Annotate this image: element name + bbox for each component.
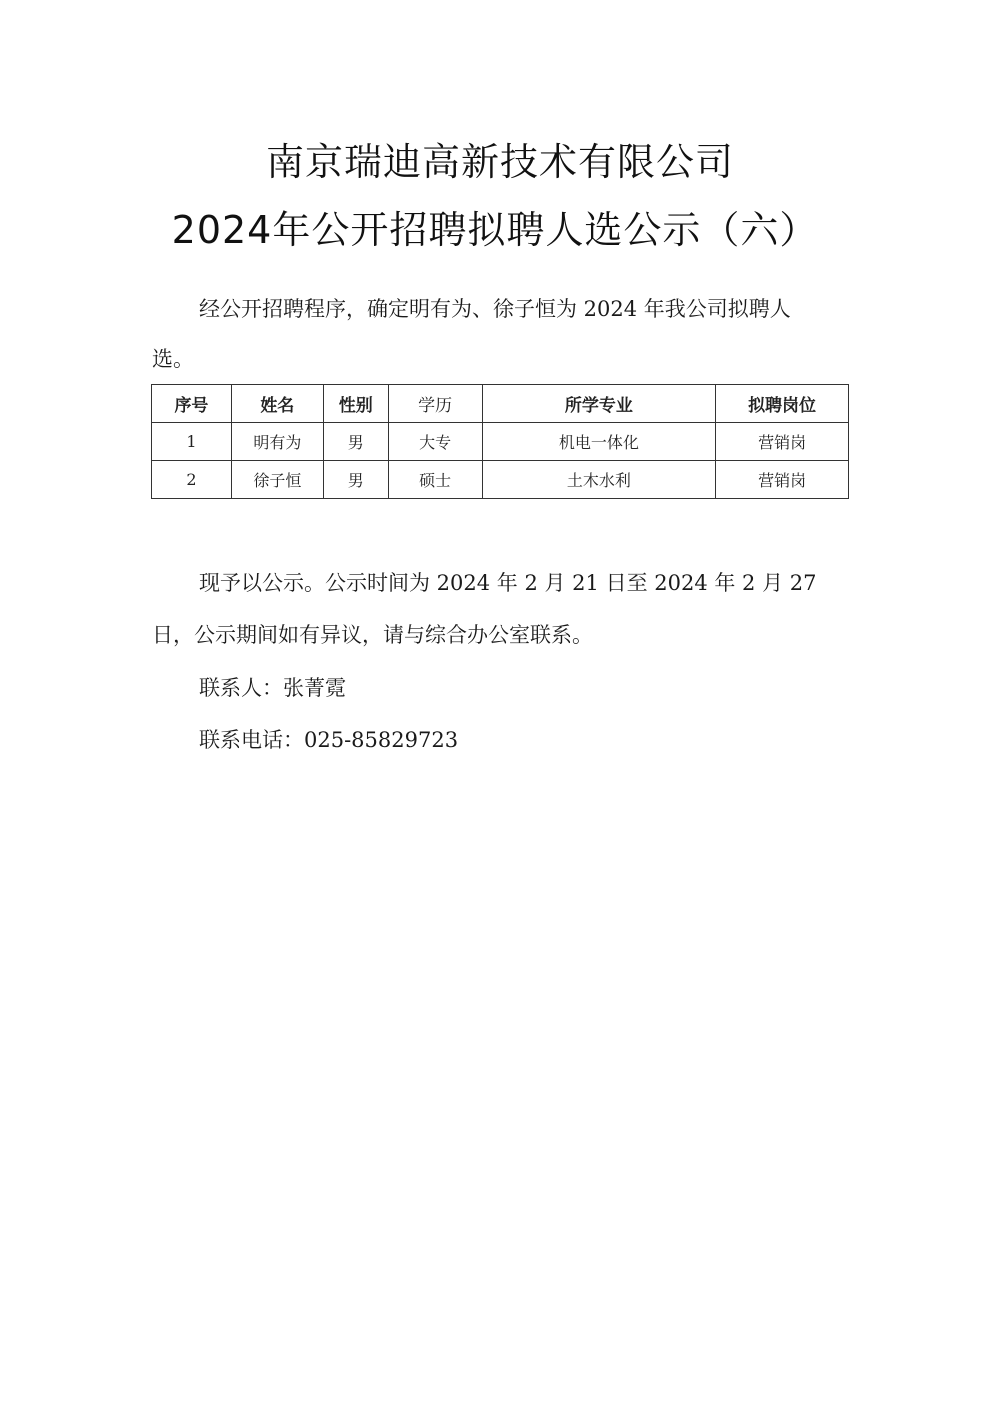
contact-phone: 联系电话：025-85829723 bbox=[199, 727, 899, 753]
table-row: 1 明有为 男 大专 机电一体化 营销岗 bbox=[152, 423, 849, 461]
header-gender: 性别 bbox=[323, 385, 388, 423]
contact-person: 联系人：张菁霓 bbox=[199, 675, 899, 701]
cell-gender: 男 bbox=[323, 423, 388, 461]
document-page: 南京瑞迪高新技术有限公司 2024年公开招聘拟聘人选公示（六） 经公开招聘程序，… bbox=[0, 0, 1000, 1414]
cell-major: 土木水利 bbox=[482, 461, 716, 499]
notice-paragraph-line2: 日，公示期间如有异议，请与综合办公室联系。 bbox=[152, 622, 852, 648]
cell-serial-number: 2 bbox=[152, 461, 232, 499]
candidate-table: 序号 姓名 性别 学历 所学专业 拟聘岗位 1 明有为 男 大专 机电一体化 营… bbox=[151, 384, 849, 499]
header-name: 姓名 bbox=[231, 385, 323, 423]
cell-name: 徐子恒 bbox=[231, 461, 323, 499]
document-title-company: 南京瑞迪高新技术有限公司 bbox=[0, 140, 1000, 184]
notice-paragraph-line1: 现予以公示。公示时间为 2024 年 2 月 21 日至 2024 年 2 月 … bbox=[199, 570, 899, 596]
cell-position: 营销岗 bbox=[716, 461, 849, 499]
cell-education: 大专 bbox=[388, 423, 482, 461]
header-education: 学历 bbox=[388, 385, 482, 423]
cell-major: 机电一体化 bbox=[482, 423, 716, 461]
intro-paragraph-line1: 经公开招聘程序，确定明有为、徐子恒为 2024 年我公司拟聘人 bbox=[199, 296, 899, 322]
header-position: 拟聘岗位 bbox=[716, 385, 849, 423]
table-row: 2 徐子恒 男 硕士 土木水利 营销岗 bbox=[152, 461, 849, 499]
cell-name: 明有为 bbox=[231, 423, 323, 461]
cell-education: 硕士 bbox=[388, 461, 482, 499]
intro-paragraph-line2: 选。 bbox=[152, 346, 852, 372]
header-major: 所学专业 bbox=[482, 385, 716, 423]
header-serial-number: 序号 bbox=[152, 385, 232, 423]
document-title-notice: 2024年公开招聘拟聘人选公示（六） bbox=[0, 208, 995, 252]
table-header-row: 序号 姓名 性别 学历 所学专业 拟聘岗位 bbox=[152, 385, 849, 423]
cell-serial-number: 1 bbox=[152, 423, 232, 461]
cell-gender: 男 bbox=[323, 461, 388, 499]
cell-position: 营销岗 bbox=[716, 423, 849, 461]
